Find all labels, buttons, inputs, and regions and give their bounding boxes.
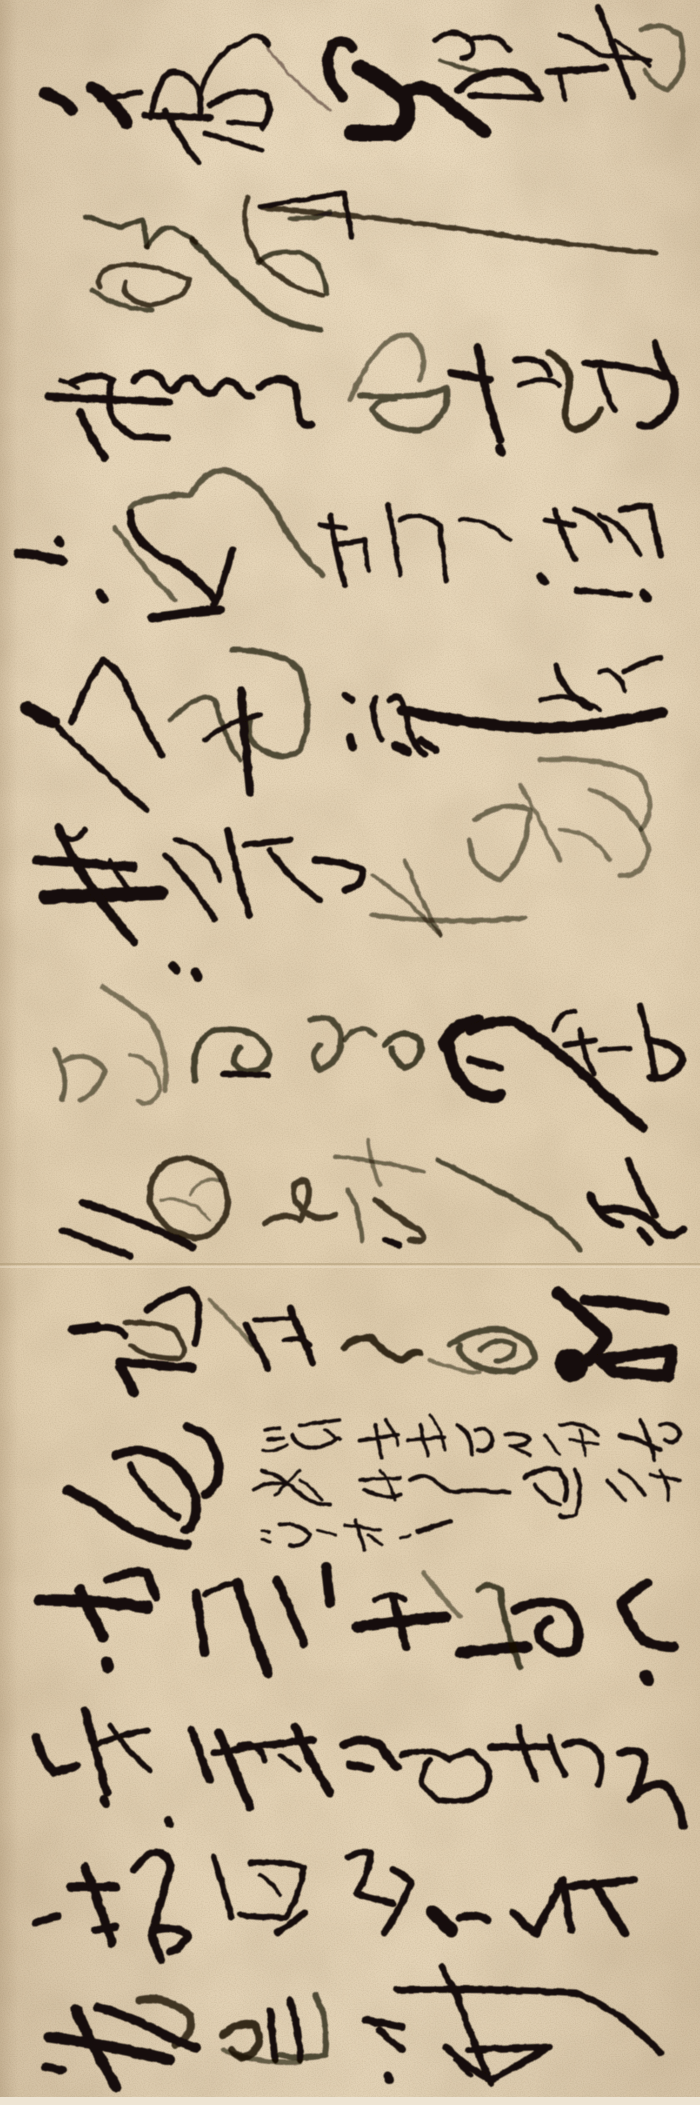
- brush-stroke: [200, 36, 268, 95]
- brush-stroke: [44, 93, 72, 110]
- brush-stroke: [172, 966, 176, 970]
- brush-stroke: [433, 1912, 451, 1930]
- brush-stroke: [620, 505, 660, 555]
- brush-stroke: [145, 115, 210, 118]
- brush-stroke: [350, 1765, 370, 1768]
- brush-stroke: [310, 1018, 341, 1070]
- brush-stroke: [388, 505, 400, 575]
- brush-stroke: [388, 2076, 389, 2080]
- brush-stroke: [594, 1883, 625, 1933]
- brush-stroke: [620, 1470, 645, 1495]
- calligraphy-row-12: [36, 1710, 683, 1827]
- brush-stroke: [52, 722, 147, 810]
- brush-stroke: [607, 1480, 625, 1500]
- brush-stroke: [600, 1350, 672, 1376]
- brush-stroke: [535, 1485, 560, 1505]
- brush-stroke: [405, 860, 440, 935]
- brush-stroke: [73, 1327, 98, 1330]
- brush-stroke: [475, 1429, 493, 1451]
- brush-stroke: [420, 740, 435, 750]
- brush-stroke: [598, 7, 633, 97]
- brush-stroke: [480, 1341, 515, 1362]
- calligraphy-row-5: [27, 650, 662, 810]
- brush-stroke: [260, 1875, 280, 1895]
- calligraphy-row-14: [45, 1967, 661, 2087]
- calligraphy-row-1: [44, 7, 683, 162]
- brush-stroke: [556, 665, 590, 708]
- brush-stroke: [115, 528, 175, 600]
- brush-stroke: [134, 1852, 170, 1960]
- brush-stroke: [150, 1158, 228, 1238]
- brush-stroke: [95, 1927, 116, 1930]
- brush-stroke: [458, 1425, 472, 1455]
- brush-stroke: [548, 68, 605, 72]
- calligraphy-row-7: [55, 966, 683, 1128]
- brush-stroke: [125, 1322, 184, 1358]
- calligraphy-row-11: [40, 1567, 674, 1680]
- brush-stroke: [350, 737, 353, 748]
- brush-stroke: [214, 550, 232, 605]
- brush-stroke: [270, 2010, 275, 2060]
- brush-stroke: [190, 1179, 220, 1195]
- brush-stroke: [241, 1862, 304, 1917]
- brush-stroke: [400, 516, 446, 580]
- brush-stroke: [92, 290, 152, 310]
- brush-stroke: [621, 1750, 683, 1827]
- brush-stroke: [540, 577, 545, 581]
- brush-stroke: [505, 1433, 530, 1455]
- brush-stroke: [268, 1438, 283, 1440]
- brush-stroke: [640, 1230, 650, 1242]
- calligraphy-annotation: [253, 1415, 680, 1550]
- brush-stroke: [375, 1425, 382, 1458]
- calligraphy-scroll: [0, 0, 700, 2105]
- brush-stroke: [385, 1420, 398, 1445]
- brush-stroke: [192, 1730, 210, 1780]
- brush-stroke: [205, 1583, 237, 1595]
- brush-stroke: [478, 347, 500, 440]
- brush-stroke: [270, 850, 320, 900]
- brush-stroke: [98, 1327, 125, 1335]
- brush-stroke: [344, 1337, 420, 1360]
- brush-stroke: [246, 1325, 268, 1368]
- brush-stroke: [402, 1751, 480, 1760]
- calligraphy-row-13: [36, 1852, 634, 1960]
- brush-stroke: [263, 1445, 287, 1450]
- brush-stroke: [470, 807, 530, 880]
- brush-stroke: [228, 122, 262, 125]
- brush-stroke: [130, 1055, 160, 1103]
- brush-stroke: [435, 33, 474, 59]
- brush-stroke: [325, 1430, 340, 1440]
- brush-stroke: [555, 510, 575, 560]
- brush-stroke: [260, 193, 344, 207]
- brush-stroke: [85, 217, 147, 247]
- calligraphy-ink-layer: [0, 0, 700, 2105]
- brush-stroke: [285, 1338, 310, 1345]
- brush-stroke: [205, 133, 262, 150]
- brush-stroke: [120, 1362, 193, 1368]
- brush-stroke: [438, 1160, 580, 1250]
- brush-stroke: [262, 208, 656, 253]
- brush-stroke: [345, 695, 352, 700]
- brush-stroke: [280, 1524, 310, 1545]
- brush-stroke: [255, 1318, 290, 1320]
- brush-stroke: [643, 593, 647, 598]
- brush-stroke: [355, 1520, 365, 1550]
- brush-stroke: [418, 1522, 450, 1532]
- brush-stroke: [565, 1742, 602, 1785]
- brush-stroke: [195, 972, 198, 977]
- brush-stroke: [395, 745, 408, 752]
- brush-stroke: [345, 1525, 380, 1530]
- brush-stroke: [259, 379, 312, 425]
- brush-stroke: [620, 1435, 660, 1450]
- brush-stroke: [368, 1535, 382, 1545]
- brush-stroke: [300, 1420, 340, 1425]
- brush-stroke: [265, 1180, 335, 1223]
- brush-stroke: [290, 2000, 300, 2060]
- brush-stroke: [83, 1203, 193, 1247]
- brush-stroke: [121, 1367, 134, 1392]
- brush-stroke: [104, 1800, 106, 1803]
- brush-stroke: [18, 553, 62, 561]
- brush-stroke: [625, 658, 660, 672]
- brush-stroke: [134, 372, 252, 396]
- brush-stroke: [27, 708, 52, 722]
- brush-stroke: [585, 1300, 665, 1310]
- brush-stroke: [571, 1364, 572, 1366]
- brush-stroke: [58, 540, 60, 543]
- brush-stroke: [430, 1415, 445, 1450]
- calligraphy-row-9: [73, 1290, 672, 1392]
- brush-stroke: [360, 1478, 400, 1480]
- brush-stroke: [326, 1567, 330, 1603]
- brush-stroke: [107, 1572, 156, 1597]
- calligraphy-row-3: [49, 335, 675, 458]
- brush-stroke: [292, 1435, 338, 1448]
- brush-stroke: [621, 1583, 674, 1647]
- brush-stroke: [660, 1470, 668, 1500]
- brush-stroke: [470, 95, 540, 98]
- brush-stroke: [600, 670, 625, 690]
- brush-stroke: [500, 448, 502, 452]
- brush-stroke: [49, 2037, 170, 2060]
- brush-stroke: [520, 380, 560, 385]
- brush-stroke: [397, 1989, 661, 2053]
- brush-stroke: [147, 1290, 199, 1343]
- brush-stroke: [470, 1060, 500, 1068]
- brush-stroke: [545, 1435, 560, 1455]
- brush-stroke: [214, 1857, 232, 1917]
- brush-stroke: [366, 2020, 402, 2027]
- brush-stroke: [85, 1710, 107, 1793]
- calligraphy-row-6: [36, 759, 650, 942]
- brush-stroke: [385, 1240, 400, 1245]
- brush-stroke: [36, 860, 134, 867]
- brush-stroke: [372, 915, 525, 921]
- brush-stroke: [290, 1308, 313, 1363]
- brush-stroke: [450, 1330, 535, 1371]
- brush-stroke: [600, 370, 615, 410]
- brush-stroke: [553, 1012, 575, 1030]
- calligraphy-row-4: [18, 470, 660, 618]
- brush-stroke: [515, 359, 550, 375]
- brush-stroke: [628, 1160, 655, 1215]
- brush-stroke: [196, 1593, 205, 1653]
- brush-stroke: [152, 610, 220, 618]
- brush-stroke: [280, 1755, 300, 1770]
- calligraphy-strokes: [18, 7, 683, 2087]
- brush-stroke: [72, 660, 162, 755]
- brush-stroke: [335, 1157, 424, 1172]
- brush-stroke: [67, 1490, 187, 1545]
- brush-stroke: [470, 1021, 643, 1128]
- brush-stroke: [168, 1820, 170, 1824]
- brush-stroke: [374, 698, 382, 740]
- brush-stroke: [280, 1995, 326, 2058]
- brush-stroke: [560, 830, 610, 860]
- brush-stroke: [170, 698, 240, 761]
- brush-stroke: [600, 1048, 630, 1050]
- brush-stroke: [65, 1057, 105, 1100]
- brush-stroke: [348, 1852, 393, 1903]
- brush-stroke: [590, 790, 650, 876]
- brush-stroke: [99, 265, 190, 305]
- brush-stroke: [460, 519, 510, 540]
- brush-stroke: [262, 1530, 270, 1532]
- brush-stroke: [424, 1573, 460, 1617]
- brush-stroke: [422, 1760, 489, 1801]
- brush-stroke: [576, 590, 630, 595]
- brush-stroke: [36, 1737, 76, 1772]
- brush-stroke: [130, 1465, 178, 1518]
- brush-stroke: [150, 72, 201, 118]
- brush-stroke: [328, 46, 342, 97]
- brush-stroke: [385, 1034, 421, 1068]
- brush-stroke: [245, 840, 290, 845]
- brush-stroke: [402, 710, 662, 728]
- brush-stroke: [318, 1530, 335, 1535]
- brush-stroke: [410, 1476, 510, 1492]
- brush-stroke: [645, 1675, 648, 1680]
- brush-stroke: [107, 1663, 108, 1667]
- brush-stroke: [640, 343, 675, 426]
- brush-stroke: [265, 1428, 280, 1430]
- brush-stroke: [241, 690, 250, 793]
- brush-stroke: [237, 1583, 268, 1673]
- brush-stroke: [160, 1199, 210, 1220]
- calligraphy-row-8: [63, 1140, 683, 1256]
- brush-stroke: [36, 1916, 58, 1923]
- brush-stroke: [262, 1540, 270, 1542]
- brush-stroke: [165, 855, 215, 920]
- calligraphy-row-10: [67, 1427, 219, 1545]
- brush-stroke: [400, 1535, 410, 1538]
- scroll-bottom-margin: [0, 2097, 700, 2105]
- brush-stroke: [550, 1737, 565, 1775]
- brush-stroke: [375, 1200, 423, 1241]
- brush-stroke: [223, 1074, 268, 1075]
- brush-stroke: [315, 860, 362, 890]
- brush-stroke: [350, 335, 423, 400]
- brush-stroke: [560, 75, 565, 100]
- brush-stroke: [348, 1190, 362, 1240]
- calligraphy-row-2: [85, 193, 656, 330]
- brush-stroke: [372, 875, 440, 935]
- brush-stroke: [460, 1915, 487, 1920]
- brush-stroke: [360, 388, 446, 430]
- brush-stroke: [518, 1727, 536, 1780]
- brush-stroke: [268, 48, 330, 110]
- brush-stroke: [130, 512, 215, 600]
- brush-stroke: [63, 1230, 130, 1256]
- brush-stroke: [408, 1437, 445, 1440]
- brush-stroke: [379, 2030, 402, 2050]
- brush-stroke: [45, 2067, 63, 2070]
- brush-stroke: [147, 228, 196, 247]
- brush-stroke: [55, 1050, 65, 1100]
- brush-stroke: [352, 68, 408, 133]
- brush-stroke: [660, 1424, 680, 1442]
- brush-stroke: [80, 413, 105, 458]
- brush-stroke: [345, 1029, 375, 1040]
- brush-stroke: [100, 593, 104, 600]
- brush-stroke: [277, 1580, 304, 1643]
